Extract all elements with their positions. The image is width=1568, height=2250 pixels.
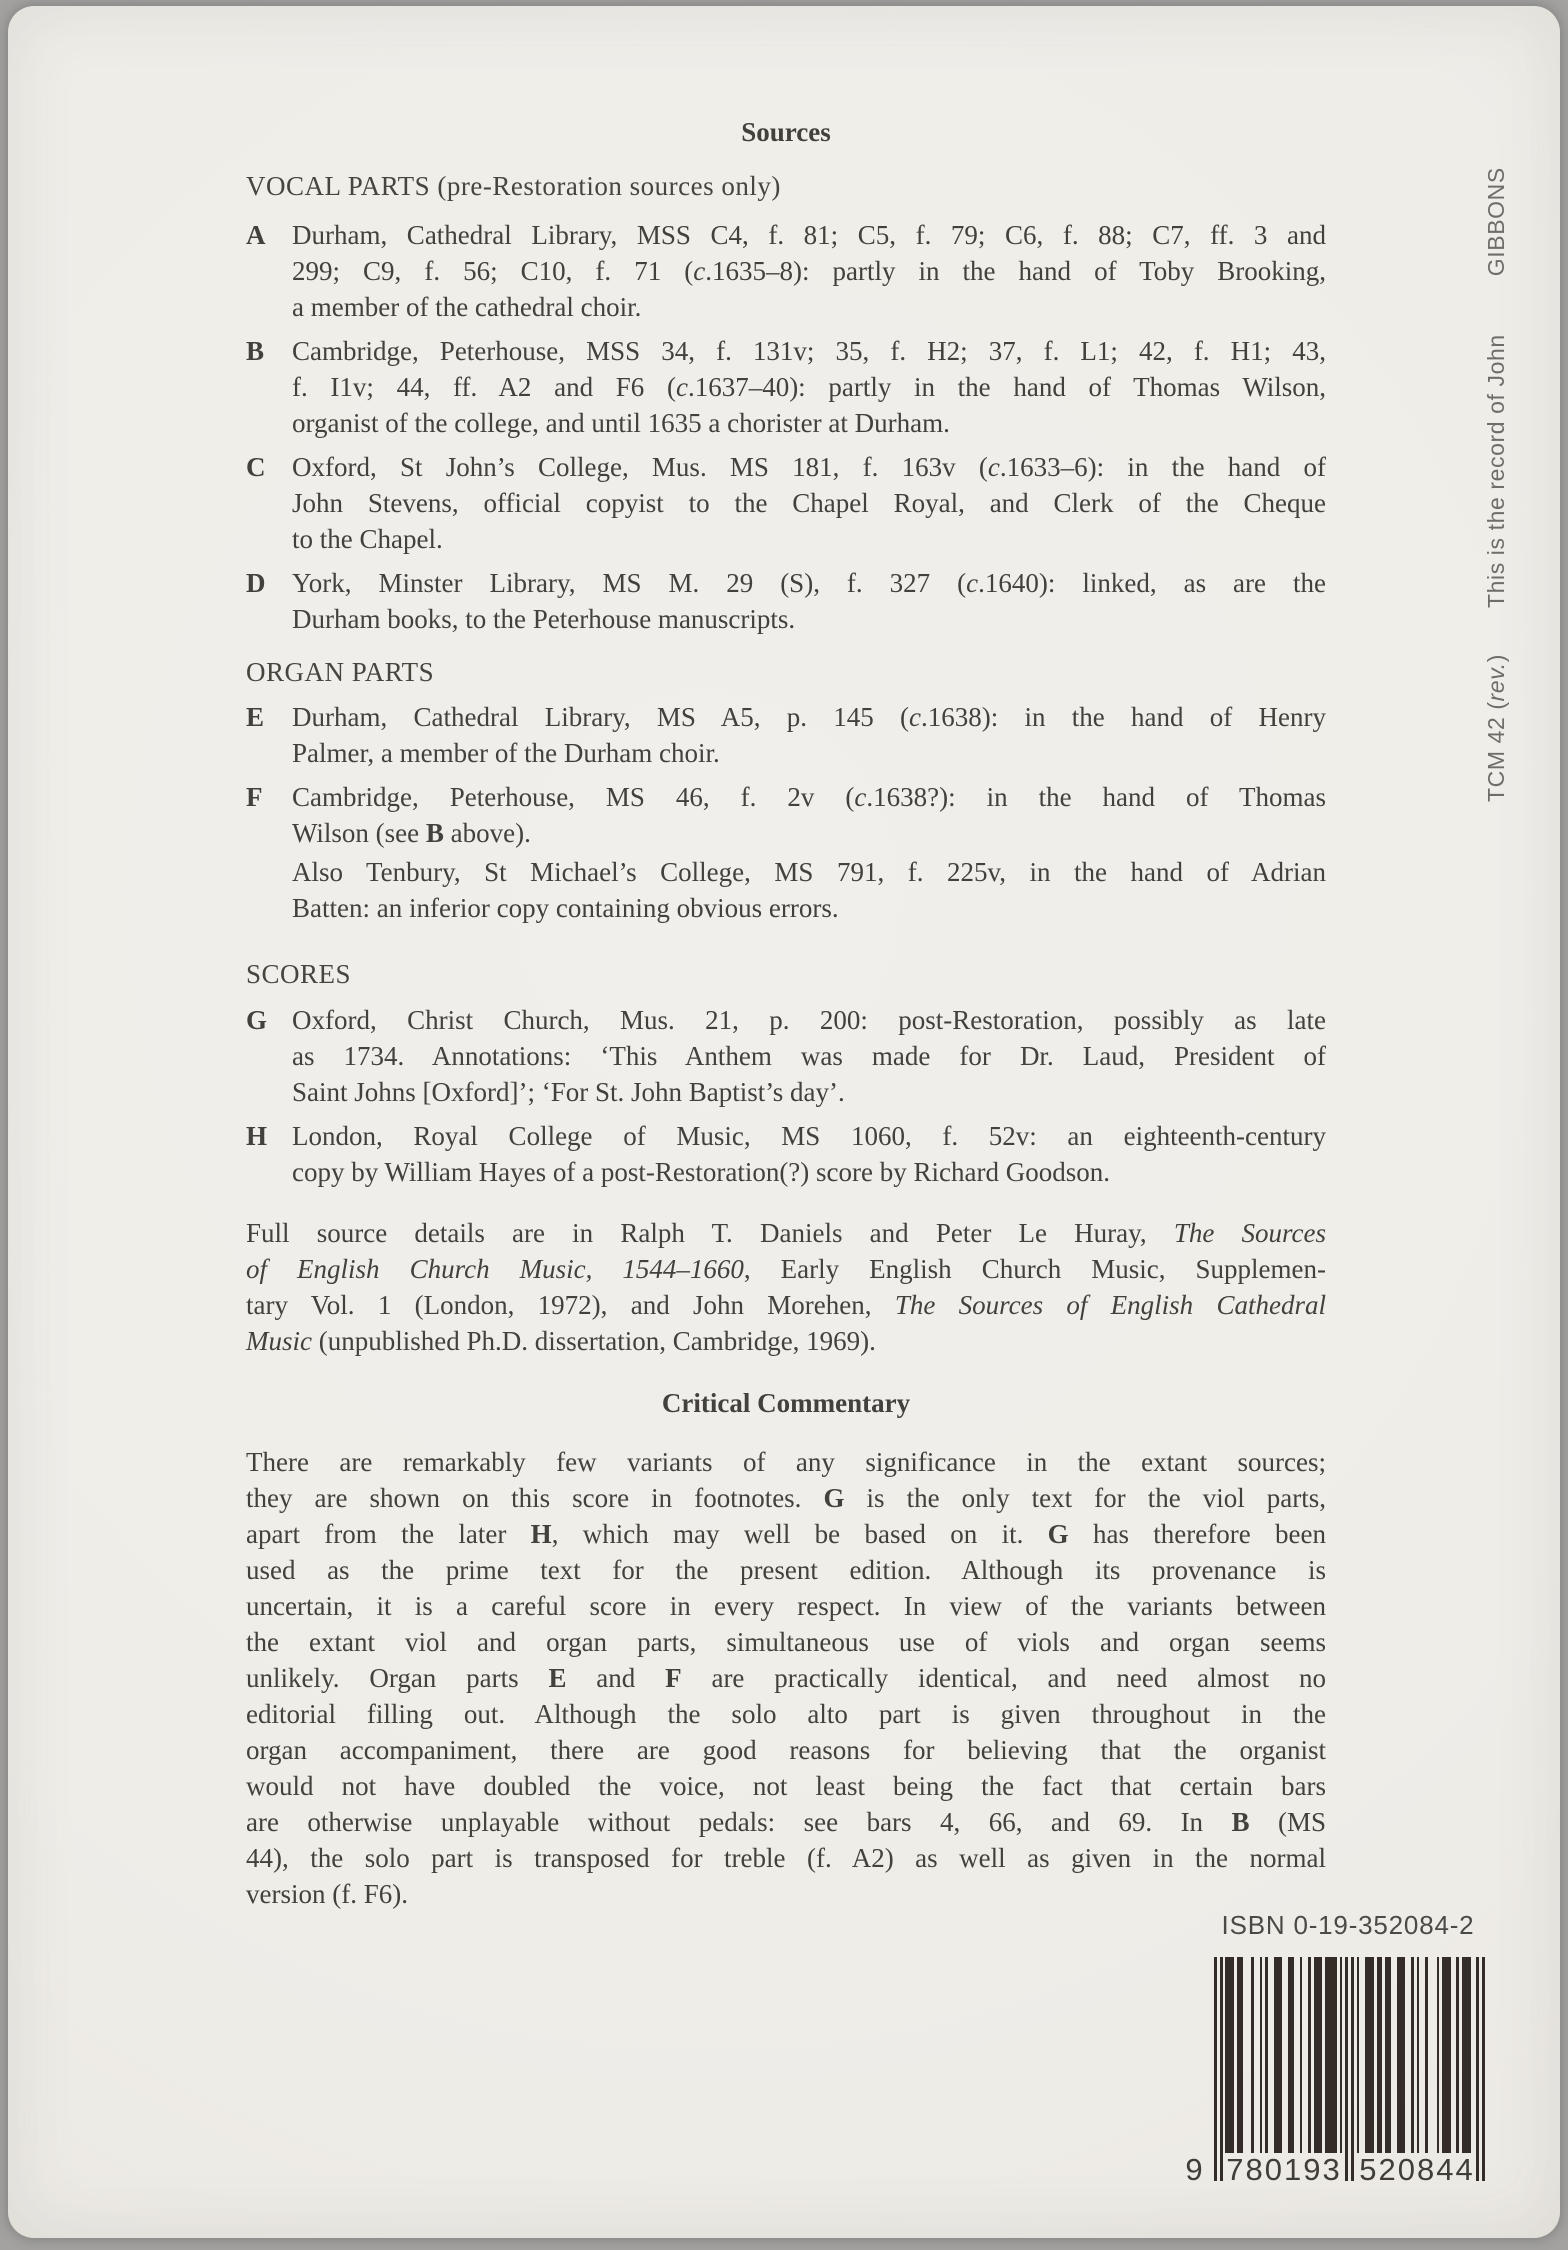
text-line: they are shown on this score in footnote…: [246, 1480, 1326, 1516]
source-item: COxford, St John’s College, Mus. MS 181,…: [246, 449, 1326, 557]
barcode-bar: [1417, 1957, 1420, 2153]
barcode-digits-group2: 520844: [1356, 2153, 1478, 2189]
barcode-bar: [1456, 1957, 1459, 2153]
source-item: HLondon, Royal College of Music, MS 1060…: [246, 1118, 1326, 1190]
text-line: to the Chapel.: [292, 521, 1326, 557]
barcode-bar: [1442, 1957, 1451, 2153]
text-line: a member of the cathedral choir.: [292, 289, 1326, 325]
barcode-bar: [1288, 1957, 1294, 2153]
source-letter: H: [246, 1118, 267, 1154]
spine-text: TCM 42 (rev.) This is the record of John…: [1479, 102, 1513, 802]
vocal-parts-items: ADurham, Cathedral Library, MSS C4, f. 8…: [246, 217, 1326, 645]
barcode-bar: [1274, 1957, 1283, 2153]
barcode-digits-group1: 780193: [1224, 2153, 1344, 2189]
barcode-bar: [1351, 1957, 1354, 2181]
spine-composer: GIBBONS: [1483, 167, 1510, 276]
spine-work-title: This is the record of John: [1483, 334, 1510, 608]
text-line: Palmer, a member of the Durham choir.: [292, 735, 1326, 771]
text-line: copy by William Hayes of a post-Restorat…: [292, 1154, 1326, 1190]
text-line: Oxford, St John’s College, Mus. MS 181, …: [292, 449, 1326, 485]
barcode-bar: [1265, 1957, 1268, 2153]
barcode-bar: [1476, 1957, 1479, 2181]
barcode-bar: [1308, 1957, 1311, 2153]
vocal-parts-heading: VOCAL PARTS (pre-Restoration sources onl…: [246, 168, 1326, 204]
text-line: would not have doubled the voice, not le…: [246, 1768, 1326, 1804]
source-letter: G: [246, 1002, 267, 1038]
text-line: the extant viol and organ parts, simulta…: [246, 1624, 1326, 1660]
barcode-bar: [1397, 1957, 1406, 2153]
isbn-label: ISBN 0-19-352084-2: [1198, 1910, 1498, 1941]
text-line: Durham books, to the Peterhouse manuscri…: [292, 601, 1326, 637]
text-line: There are remarkably few variants of any…: [246, 1444, 1326, 1480]
scanned-page: Sources VOCAL PARTS (pre-Restoration sou…: [8, 6, 1560, 2238]
text-line: f. I1v; 44, ff. A2 and F6 (c.1637–40): p…: [292, 369, 1326, 405]
scores-items: GOxford, Christ Church, Mus. 21, p. 200:…: [246, 1002, 1326, 1198]
text-line: version (f. F6).: [246, 1876, 1326, 1912]
text-line: Cambridge, Peterhouse, MS 46, f. 2v (c.1…: [292, 779, 1326, 815]
text-line: used as the prime text for the present e…: [246, 1552, 1326, 1588]
source-letter: D: [246, 565, 266, 601]
full-source-paragraph: Full source details are in Ralph T. Dani…: [246, 1215, 1326, 1359]
barcode-bar: [1437, 1957, 1440, 2153]
source-letter: A: [246, 217, 266, 253]
source-item: BCambridge, Peterhouse, MSS 34, f. 131v;…: [246, 333, 1326, 441]
text-line: as 1734. Annotations: ‘This Anthem was m…: [292, 1038, 1326, 1074]
spine-catalogue-number: TCM 42 (rev.): [1483, 654, 1510, 802]
barcode-bar: [1237, 1957, 1243, 2153]
organ-parts-items: EDurham, Cathedral Library, MS A5, p. 14…: [246, 699, 1326, 859]
text-line: London, Royal College of Music, MS 1060,…: [292, 1118, 1326, 1154]
barcode-bar: [1325, 1957, 1336, 2153]
barcode-bar: [1214, 1957, 1217, 2181]
barcode-bar: [1411, 1957, 1414, 2153]
barcode-bar: [1260, 1957, 1263, 2153]
barcode-bar: [1314, 1957, 1323, 2153]
text-line: Oxford, Christ Church, Mus. 21, p. 200: …: [292, 1002, 1326, 1038]
text-line: of English Church Music, 1544–1660, Earl…: [246, 1251, 1326, 1287]
text-line: John Stevens, official copyist to the Ch…: [292, 485, 1326, 521]
barcode-digit-first: 9: [1180, 2153, 1210, 2189]
text-line: Wilson (see B above).: [292, 815, 1326, 851]
text-line: tary Vol. 1 (London, 1972), and John Mor…: [246, 1287, 1326, 1323]
barcode-bar: [1482, 1957, 1485, 2181]
text-line: Also Tenbury, St Michael’s College, MS 7…: [292, 854, 1326, 890]
text-line: organist of the college, and until 1635 …: [292, 405, 1326, 441]
barcode: 9 780193 520844: [1214, 1957, 1485, 2191]
scores-heading: SCORES: [246, 956, 1326, 992]
critical-commentary-heading: Critical Commentary: [246, 1385, 1326, 1421]
text-line: organ accompaniment, there are good reas…: [246, 1732, 1326, 1768]
text-line: Batten: an inferior copy containing obvi…: [292, 890, 1326, 926]
barcode-bar: [1220, 1957, 1223, 2181]
barcode-bar: [1377, 1957, 1383, 2153]
source-letter: E: [246, 699, 264, 735]
text-line: York, Minster Library, MS M. 29 (S), f. …: [292, 565, 1326, 601]
barcode-bar: [1225, 1957, 1234, 2153]
barcode-bar: [1425, 1957, 1428, 2153]
text-line: 299; C9, f. 56; C10, f. 71 (c.1635–8): p…: [292, 253, 1326, 289]
text-line: Saint Johns [Oxford]’; ‘For St. John Bap…: [292, 1074, 1326, 1110]
barcode-bar: [1385, 1957, 1391, 2153]
organ-parts-heading: ORGAN PARTS: [246, 654, 1326, 690]
text-line: unlikely. Organ parts E and F are practi…: [246, 1660, 1326, 1696]
source-letter: F: [246, 779, 263, 815]
text-line: Durham, Cathedral Library, MSS C4, f. 81…: [292, 217, 1326, 253]
barcode-bar: [1251, 1957, 1254, 2153]
barcode-bar: [1340, 1957, 1343, 2153]
source-item: ADurham, Cathedral Library, MSS C4, f. 8…: [246, 217, 1326, 325]
source-item: EDurham, Cathedral Library, MS A5, p. 14…: [246, 699, 1326, 771]
text-line: uncertain, it is a careful score in ever…: [246, 1588, 1326, 1624]
text-line: editorial filling out. Although the solo…: [246, 1696, 1326, 1732]
text-line: Durham, Cathedral Library, MS A5, p. 145…: [292, 699, 1326, 735]
source-item: DYork, Minster Library, MS M. 29 (S), f.…: [246, 565, 1326, 637]
source-letter: B: [246, 333, 264, 369]
barcode-bar: [1357, 1957, 1360, 2153]
critical-commentary-paragraph: There are remarkably few variants of any…: [246, 1444, 1326, 1912]
text-line: Music (unpublished Ph.D. dissertation, C…: [246, 1323, 1326, 1359]
barcode-bar: [1462, 1957, 1471, 2153]
source-item: FCambridge, Peterhouse, MS 46, f. 2v (c.…: [246, 779, 1326, 851]
text-line: 44), the solo part is transposed for tre…: [246, 1840, 1326, 1876]
barcode-bar: [1300, 1957, 1303, 2153]
barcode-bar: [1365, 1957, 1374, 2153]
text-line: apart from the later H, which may well b…: [246, 1516, 1326, 1552]
text-line: are otherwise unplayable without pedals:…: [246, 1804, 1326, 1840]
text-line: Full source details are in Ralph T. Dani…: [246, 1215, 1326, 1251]
barcode-bar: [1345, 1957, 1348, 2181]
source-item: GOxford, Christ Church, Mus. 21, p. 200:…: [246, 1002, 1326, 1110]
source-letter: C: [246, 449, 266, 485]
sources-heading: Sources: [246, 114, 1326, 150]
organ-parts-note: Also Tenbury, St Michael’s College, MS 7…: [292, 854, 1326, 926]
text-line: Cambridge, Peterhouse, MSS 34, f. 131v; …: [292, 333, 1326, 369]
